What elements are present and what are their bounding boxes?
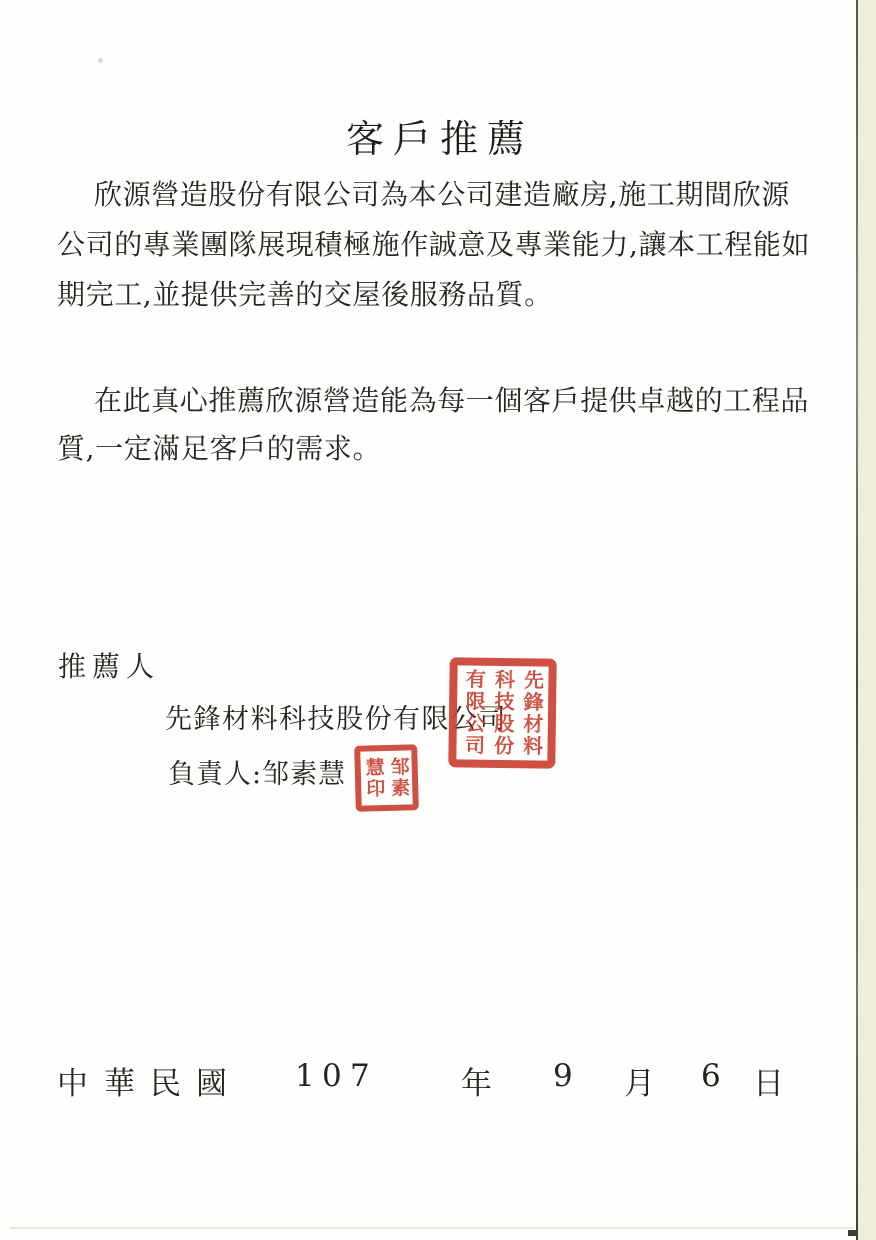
- paragraph-line: 公司的專業團隊展現積極施作誠意及專業能力,讓本工程能如: [57, 220, 773, 270]
- date-char: 1: [295, 1058, 315, 1094]
- body-paragraph-1: 欣源營造股份有限公司為本公司建造廠房,施工期間欣源 公司的專業團隊展現積極施作誠…: [57, 170, 773, 320]
- date-char: 年: [461, 1058, 492, 1103]
- date-char: 國: [196, 1058, 227, 1103]
- paragraph-line: 期完工,並提供完善的交屋後服務品質。: [57, 270, 773, 320]
- representative-name-line: 負責人:邹素慧: [168, 752, 346, 791]
- date-char: 9: [553, 1058, 573, 1094]
- date-char: 月: [624, 1058, 655, 1103]
- paragraph-line: 在此真心推薦欣源營造能為每一個客戶提供卓越的工程品: [57, 377, 773, 425]
- date-char: 0: [322, 1058, 342, 1094]
- scan-bottom-line: [10, 1227, 854, 1229]
- scan-edge-line: [856, 0, 858, 1240]
- date-char: 中: [57, 1058, 88, 1103]
- seal-column: 邹素: [385, 752, 411, 803]
- company-seal-stamp-icon: 先鋒材料 科技股份 有限公司: [448, 657, 557, 768]
- date-char: 日: [753, 1058, 784, 1103]
- paragraph-line: 欣源營造股份有限公司為本公司建造廠房,施工期間欣源: [57, 170, 773, 220]
- date-char: 華: [104, 1058, 135, 1103]
- company-seal-text: 先鋒材料 科技股份 有限公司: [458, 668, 546, 757]
- date-char: 6: [701, 1058, 721, 1094]
- seal-column: 慧印: [360, 753, 386, 804]
- scan-artifact-speck: [98, 58, 103, 63]
- seal-column: 先鋒材料: [516, 669, 546, 757]
- seal-column: 科技股份: [487, 669, 517, 757]
- date-char: 7: [350, 1058, 370, 1094]
- document-title: 客戶推薦: [346, 108, 534, 163]
- personal-seal-text: 邹素 慧印: [361, 752, 411, 803]
- personal-seal-stamp-icon: 邹素 慧印: [354, 744, 419, 812]
- scanned-document-page: 客戶推薦 欣源營造股份有限公司為本公司建造廠房,施工期間欣源 公司的專業團隊展現…: [0, 0, 876, 1240]
- date-line: 中 華 民 國 1 0 7 年 9 月 6 日: [0, 1058, 876, 1102]
- scan-artifact-mark: [848, 1230, 856, 1236]
- recommender-label: 推薦人: [58, 645, 160, 685]
- seal-column: 有限公司: [458, 668, 488, 756]
- body-paragraph-2: 在此真心推薦欣源營造能為每一個客戶提供卓越的工程品 質,一定滿足客戶的需求。: [57, 377, 773, 473]
- paragraph-line: 質,一定滿足客戶的需求。: [57, 425, 773, 473]
- date-char: 民: [150, 1058, 181, 1103]
- scan-edge-band: [858, 0, 876, 1240]
